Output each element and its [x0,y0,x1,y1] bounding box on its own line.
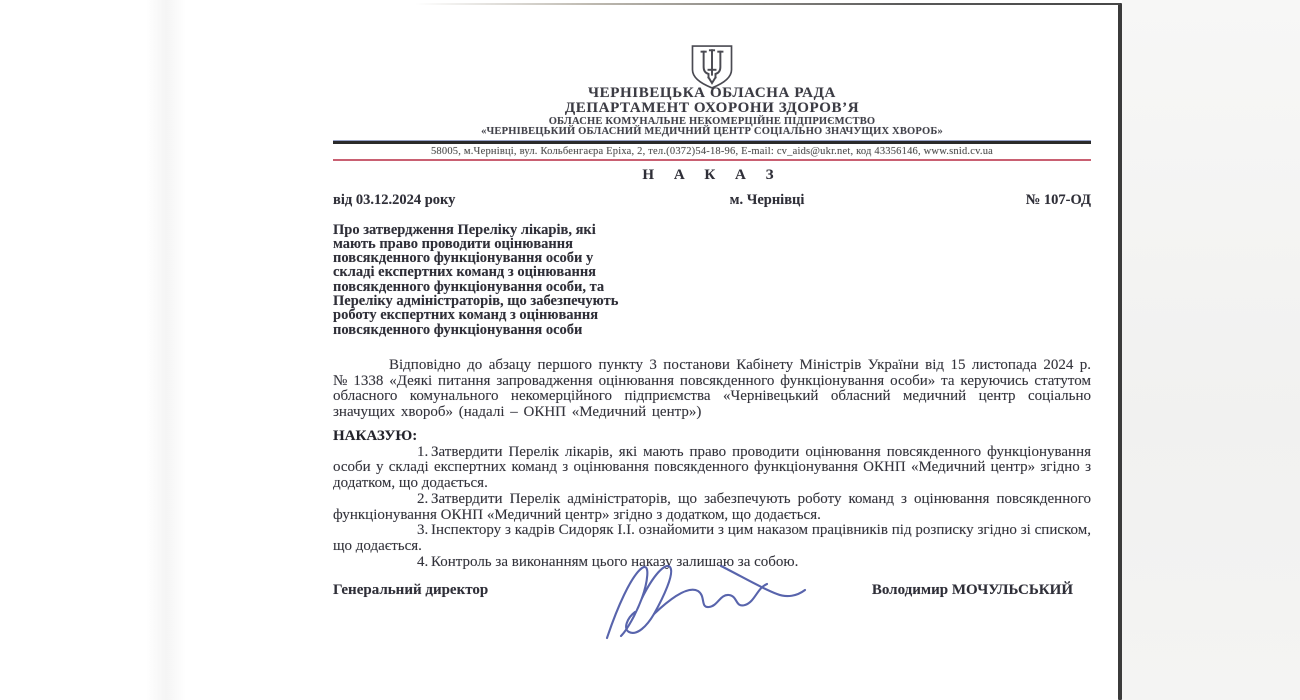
signer-name: Володимир МОЧУЛЬСЬКИЙ [872,582,1073,599]
subject-line: повсякденного функціонування особи, та [333,280,1091,294]
address-divider-red [333,159,1091,161]
page-right-edge-line [1118,3,1122,700]
scanned-order-document: { "doc": { "org_line1": "ЧЕРНІВЕЦЬКА ОБЛ… [0,0,1300,700]
order-item-1: 1.Затвердити Перелік лікарів, які мають … [333,445,1091,492]
order-number: № 107-ОД [921,192,1091,209]
org-name-line2: ДЕПАРТАМЕНТ ОХОРОНИ ЗДОРОВ’Я [333,101,1091,116]
intro-paragraph: Відповідно до абзацу першого пункту 3 по… [333,358,1091,421]
subject-line: Переліку адміністраторів, що забезпечуют… [333,294,1091,308]
handwritten-signature-icon [601,550,821,645]
order-heading: НАКАЗУЮ: [333,428,1091,445]
item-number: 3. [375,523,431,539]
item-text: Затвердити Перелік лікарів, які мають пр… [333,444,1091,491]
org-name-line1: ЧЕРНІВЕЦЬКА ОБЛАСНА РАДА [333,86,1091,101]
order-item-2: 2.Затвердити Перелік адміністраторів, що… [333,492,1091,523]
item-number: 2. [375,492,431,508]
order-meta-row: від 03.12.2024 року м. Чернівці № 107-ОД [333,192,1091,209]
item-text: Затвердити Перелік адміністраторів, що з… [333,491,1091,523]
scan-background-right [1122,0,1300,700]
order-subject: Про затвердження Переліку лікарів, які м… [333,223,1091,337]
item-text: Інспектору з кадрів Сидоряк І.І. ознайом… [333,522,1091,554]
org-name-line4: «ЧЕРНІВЕЦЬКИЙ ОБЛАСНИЙ МЕДИЧНИЙ ЦЕНТР СО… [333,127,1091,138]
subject-line: повсякденного функціонування особи у [333,251,1091,265]
subject-line: Про затвердження Переліку лікарів, які [333,223,1091,237]
item-number: 4. [375,555,431,571]
page-top-edge-line [415,3,1120,5]
order-date: від 03.12.2024 року [333,192,613,209]
ukraine-trident-icon [333,44,1091,90]
doc-type-heading: Н А К А З [333,167,1091,184]
subject-line: складі експертних команд з оцінювання [333,265,1091,279]
subject-line: роботу експертних команд з оцінювання [333,308,1091,322]
order-document-page: ЧЕРНІВЕЦЬКА ОБЛАСНА РАДА ДЕПАРТАМЕНТ ОХО… [333,24,1091,599]
item-number: 1. [375,445,431,461]
subject-line: мають право проводити оцінювання [333,237,1091,251]
signer-title: Генеральний директор [333,582,488,599]
signature-block: Генеральний директор Володимир МОЧУЛЬСЬК… [333,582,1091,599]
org-address-line: 58005, м.Чернівці, вул. Кольбенгаєра Ері… [333,144,1091,159]
order-city: м. Чернівці [613,192,921,209]
subject-line: повсякденного функціонування особи [333,323,1091,337]
page-left-fold-shadow [146,0,186,700]
